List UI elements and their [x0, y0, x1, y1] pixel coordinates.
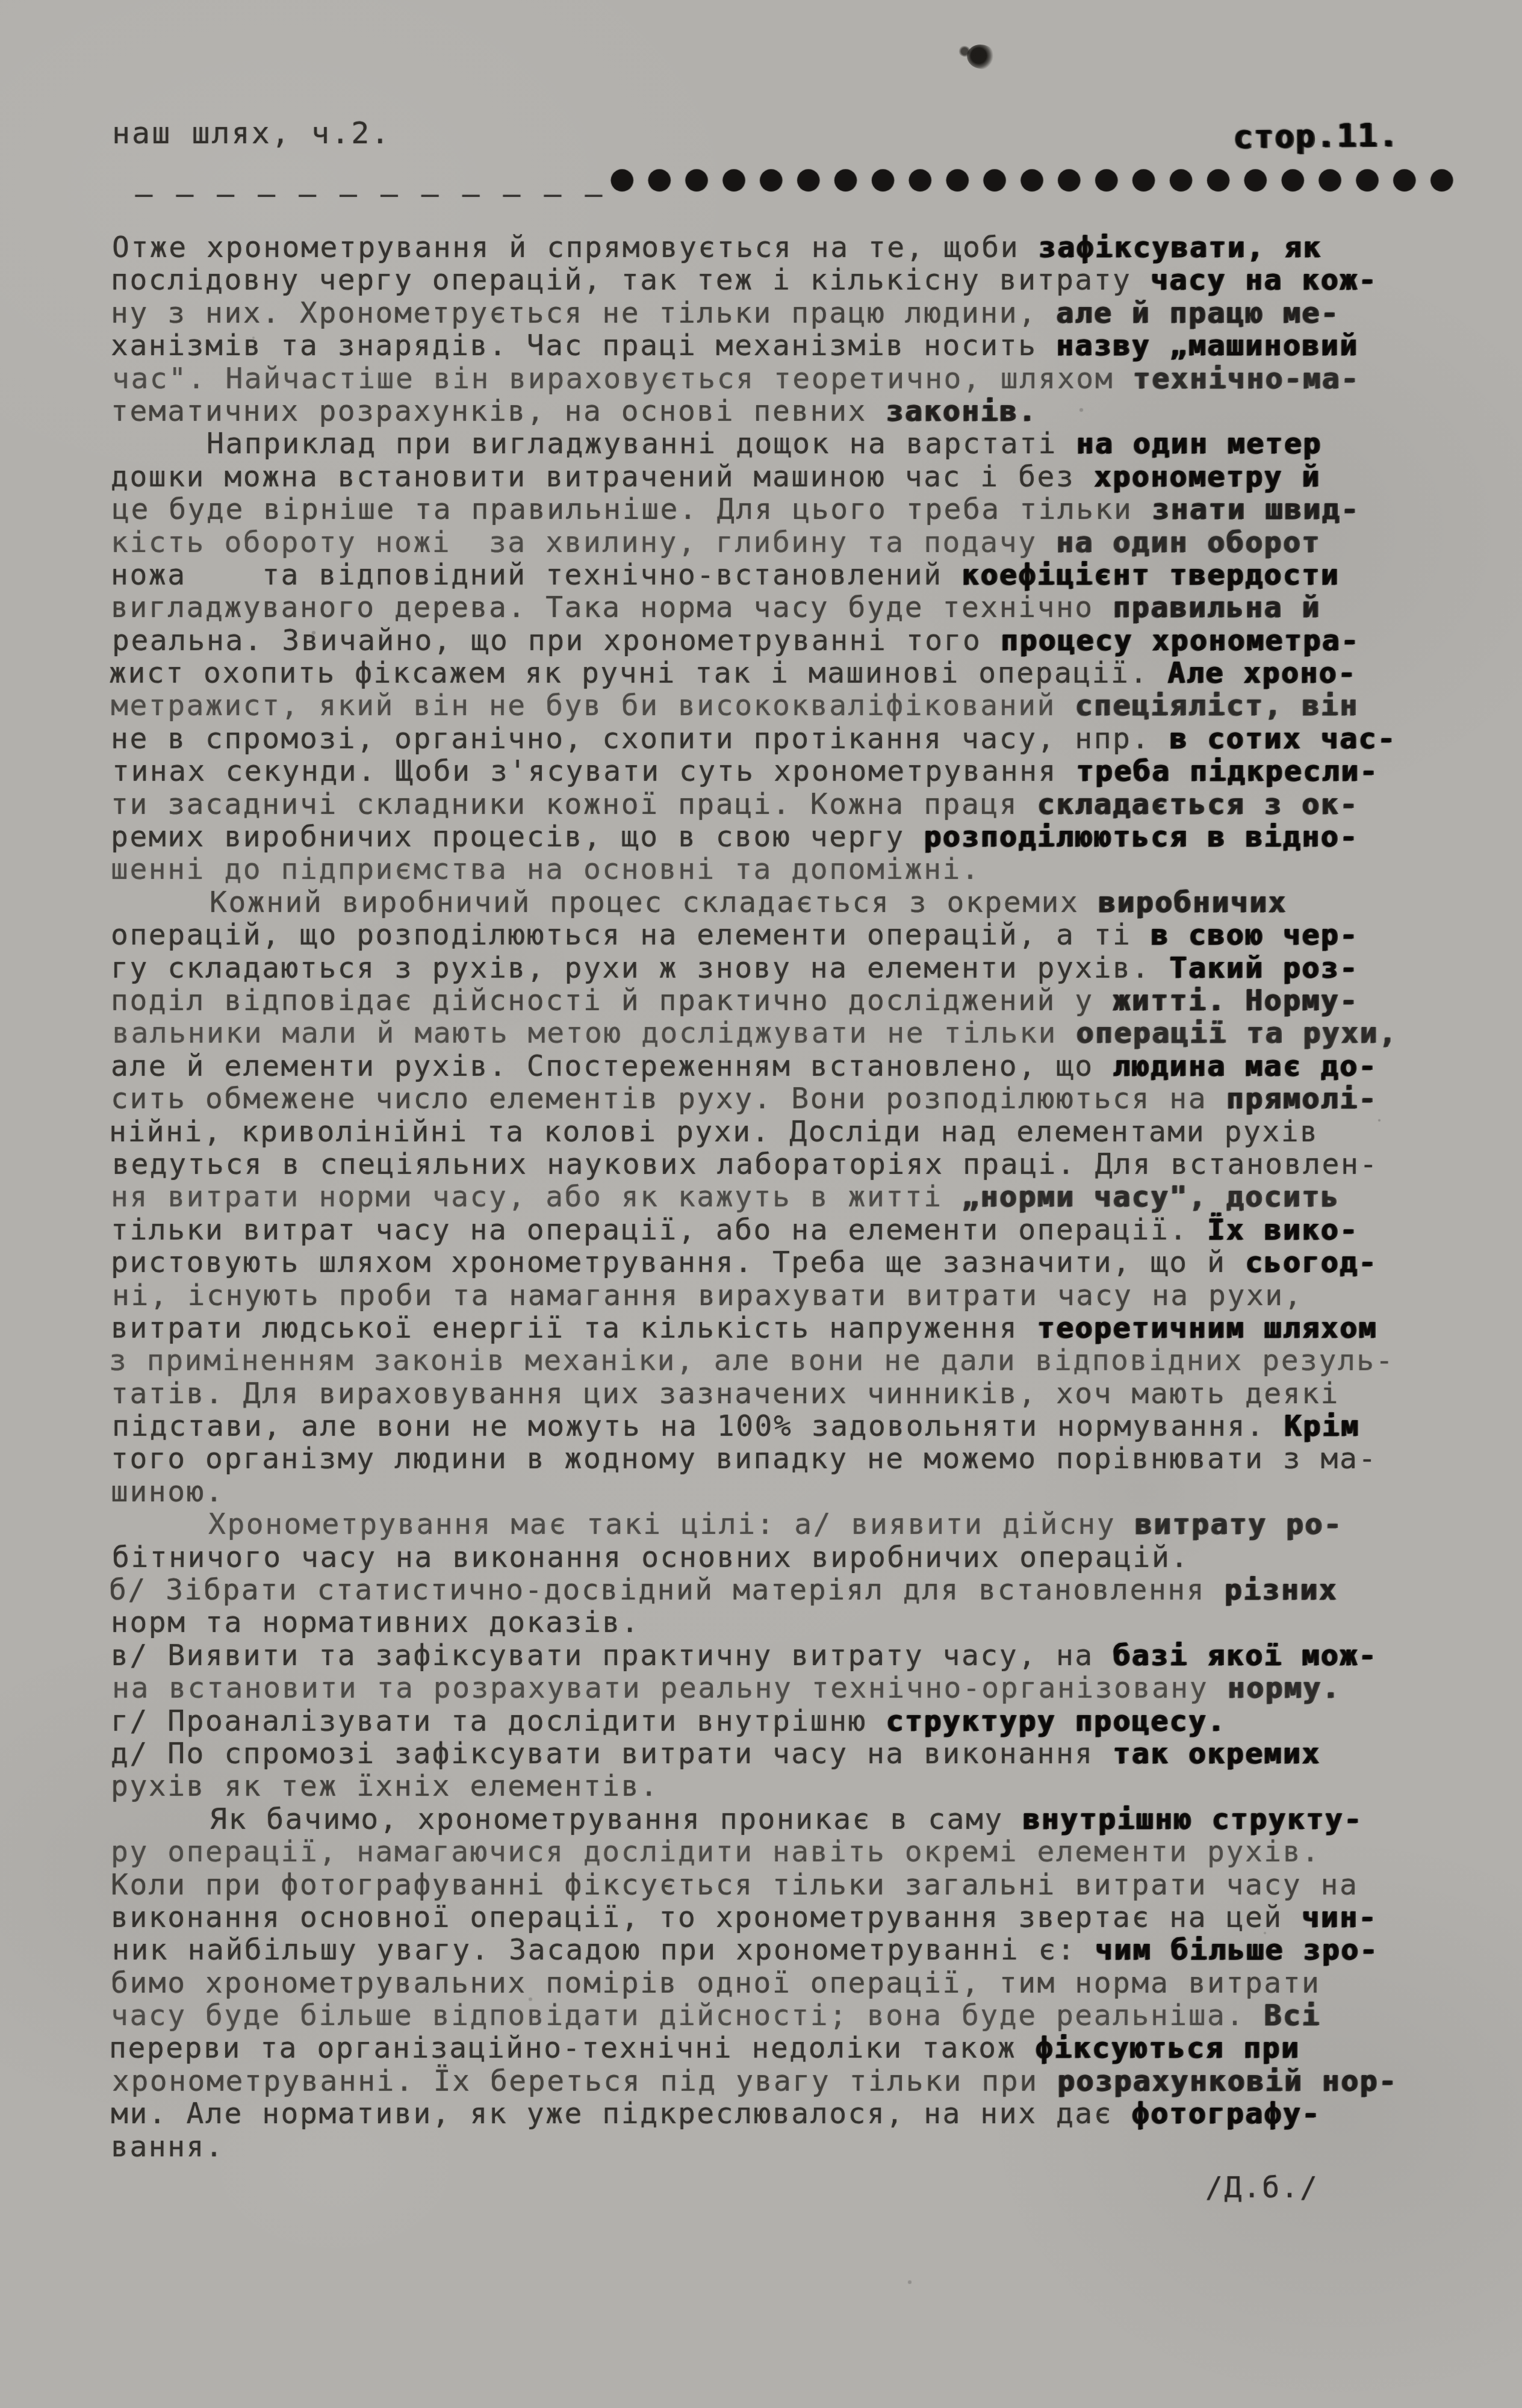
overstruck-text: Крім — [1284, 1409, 1360, 1443]
typed-text: норм та нормативних доказів. — [111, 1606, 640, 1639]
overstruck-text: розрахунковій нор- — [1057, 2064, 1397, 2098]
overstruck-text: фіксуються при — [1036, 2031, 1300, 2065]
text-line: Коли при фотографуванні фіксується тільк… — [111, 1869, 1423, 1901]
text-line: час". Найчастіше він вираховується теоре… — [112, 362, 1424, 395]
typed-text: ханізмів та знарядів. Час праці механізм… — [111, 329, 1056, 362]
overstruck-text: операції та рухи, — [1076, 1016, 1397, 1050]
overstruck-text: спеціяліст, він — [1075, 689, 1358, 722]
text-line: Як бачимо, хронометрування проникає в са… — [112, 1803, 1424, 1835]
typed-text: г/ Проаналізувати та дослідити внутрішню — [111, 1704, 886, 1738]
overstruck-text: сьогод- — [1245, 1246, 1378, 1279]
overstruck-text: внутрішню структу- — [1022, 1802, 1362, 1836]
overstruck-text: хронометру й — [1094, 460, 1321, 494]
overstruck-text: Але хроно- — [1167, 656, 1356, 690]
typed-text: ведуться в спеціяльних наукових лаборато… — [112, 1147, 1379, 1181]
typed-text: тематичних розрахунків, на основі певних — [111, 394, 886, 428]
text-line: це буде вірніше та правильніше. Для цьог… — [112, 493, 1424, 526]
typed-text: гу складаються з рухів, рухи ж знову на … — [111, 951, 1169, 985]
text-line: Отже хронометрування й спрямовується на … — [112, 231, 1424, 264]
overstruck-text: коефіцієнт твердости — [961, 558, 1340, 592]
text-line: бимо хронометрувальних помірів одної опе… — [111, 1967, 1423, 1999]
typed-text: з приміненням законів механіки, але вони… — [109, 1344, 1394, 1377]
text-line: перерви та організаційно-технічні недолі… — [109, 2032, 1421, 2064]
typed-text: на встановити та розрахувати реальну тех… — [112, 1671, 1228, 1705]
text-line: татів. Для вираховування цих зазначених … — [111, 1377, 1423, 1410]
dash-row: –––––––––––– — [135, 178, 626, 211]
typed-text: метражист, який він не був би висококвал… — [111, 689, 1075, 722]
text-line: вання. — [111, 2130, 1423, 2163]
typed-text: тільки витрат часу на операції, або на е… — [111, 1213, 1207, 1247]
overstruck-text: житті. Норму- — [1113, 984, 1358, 1017]
text-line: на встановити та розрахувати реальну тех… — [112, 1672, 1424, 1704]
typed-text: Отже хронометрування й спрямовується на … — [112, 231, 1039, 264]
typed-text: бітничого часу на виконання основних вир… — [112, 1541, 1190, 1574]
typed-text: витрати людської енергії та кількість на… — [111, 1311, 1037, 1345]
text-line: того організму людини в жодному випадку … — [111, 1442, 1423, 1475]
typed-text: хронометруванні. Їх береться під увагу т… — [112, 2064, 1057, 2098]
overstruck-text: структуру процесу. — [886, 1704, 1226, 1738]
typed-text: ти засадничі складники кожної праці. Кож… — [111, 787, 1037, 821]
typed-text: в/ Виявити та зафіксувати практичну витр… — [111, 1639, 1113, 1672]
text-line: витрати людської енергії та кількість на… — [111, 1312, 1423, 1344]
text-line: тинах секунди. Щоби з'ясувати суть хроно… — [112, 755, 1424, 787]
overstruck-text: назву „машиновий — [1056, 329, 1358, 362]
overstruck-text: теоретичним шляхом — [1037, 1311, 1378, 1345]
typed-text: вигладжуваного дерева. Така норма часу б… — [111, 591, 1113, 624]
typed-text: ми. Але нормативи, як уже підкреслювалос… — [111, 2097, 1132, 2130]
text-line: Хронометрування має такі цілі: а/ виявит… — [111, 1508, 1423, 1541]
typed-text: не в спромозі, органічно, схопити протік… — [111, 722, 1169, 756]
typed-text: Хронометрування має такі цілі: а/ виявит… — [208, 1507, 1135, 1541]
typed-text: ні, існують проби та намагання вирахуват… — [112, 1279, 1303, 1312]
overstruck-text: „норми часу", досить — [961, 1180, 1340, 1214]
overstruck-text: процесу хронометра- — [1001, 624, 1360, 657]
text-line: підстави, але вони не можуть на 100% зад… — [112, 1410, 1424, 1442]
overstruck-text: Всі — [1264, 1999, 1320, 2032]
text-line: ведуться в спеціяльних наукових лаборато… — [112, 1148, 1424, 1181]
continuation-mark: /Д.б./ — [1205, 2171, 1319, 2205]
overstruck-text: норму. — [1228, 1671, 1341, 1705]
text-line: тільки витрат часу на операції, або на е… — [111, 1214, 1423, 1246]
typed-text: Коли при фотографуванні фіксується тільк… — [111, 1868, 1358, 1902]
typed-text: шиною. — [111, 1475, 224, 1509]
typed-text: операцій, що розподілюються на елементи … — [111, 918, 1151, 952]
overstruck-text: складається з ок- — [1037, 787, 1359, 821]
text-line: Кожний виробничий процес складається з о… — [112, 886, 1424, 919]
typed-text: поділ відповідає дійсності й практично д… — [111, 984, 1113, 1017]
typed-text: але й елементи рухів. Спостереженням вст… — [111, 1049, 1113, 1083]
text-line: послідовну чергу операцій, так теж і кіл… — [111, 264, 1423, 296]
text-line: рухів як теж їхніх елементів. — [111, 1770, 1423, 1802]
text-line: шенні до підприємства на основні та допо… — [111, 853, 1423, 886]
typed-text: сить обмежене число елементів руху. Вони… — [111, 1082, 1226, 1116]
typed-text: вання. — [111, 2130, 224, 2164]
overstruck-text: на один метер — [1076, 427, 1322, 461]
typed-text: Як бачимо, хронометрування проникає в са… — [210, 1802, 1022, 1836]
typed-text: шенні до підприємства на основні та допо… — [111, 852, 980, 886]
typed-text: підстави, але вони не можуть на 100% зад… — [112, 1409, 1284, 1443]
typed-text: б/ Зібрати статистично-досвідний матерія… — [109, 1573, 1225, 1607]
typed-text: того організму людини в жодному випадку … — [111, 1442, 1378, 1476]
typed-text: дошки можна встановити витрачений машино… — [111, 460, 1094, 494]
page-number: стор.11. — [1233, 116, 1400, 156]
typed-text: бимо хронометрувальних помірів одної опе… — [111, 1966, 1321, 2000]
text-line: з приміненням законів механіки, але вони… — [109, 1344, 1421, 1377]
overstruck-text: часу на кож- — [1151, 263, 1378, 297]
typed-text: реальна. Звичайно, що при хронометруванн… — [112, 624, 1001, 657]
text-line: поділ відповідає дійсності й практично д… — [111, 984, 1423, 1017]
text-line: Наприклад при вигладжуванні дощок на вар… — [109, 427, 1421, 460]
typed-text: часу буде більше відповідати дійсності; … — [111, 1999, 1264, 2032]
text-line: тематичних розрахунків, на основі певних… — [111, 395, 1423, 427]
overstruck-text: Такий роз- — [1169, 951, 1358, 985]
typed-text: ремих виробничих процесів, що в свою чер… — [111, 820, 924, 854]
typed-text: тинах секунди. Щоби з'ясувати суть хроно… — [112, 754, 1076, 788]
overstruck-text: розподілюються в відно- — [924, 820, 1358, 854]
overstruck-text: на один оборот — [1056, 526, 1321, 559]
ink-blot — [964, 42, 996, 72]
overstruck-text: але й працю ме- — [1056, 296, 1340, 330]
text-line: сить обмежене число елементів руху. Вони… — [111, 1082, 1423, 1115]
overstruck-text: технічно-ма- — [1133, 362, 1360, 396]
text-line: бітничого часу на виконання основних вир… — [112, 1541, 1424, 1574]
overstruck-text: чим більше зро- — [1095, 1933, 1379, 1967]
text-line: ня витрати норми часу, або як кажуть в ж… — [111, 1181, 1423, 1213]
typed-text: нійні, криволінійні та колові рухи. Досл… — [109, 1115, 1319, 1149]
overstruck-text: Їх вико- — [1207, 1213, 1358, 1247]
text-line: ми. Але нормативи, як уже підкреслювалос… — [111, 2097, 1423, 2130]
text-line: реальна. Звичайно, що при хронометруванн… — [112, 624, 1424, 657]
text-line: операцій, що розподілюються на елементи … — [111, 919, 1423, 951]
text-line: шиною. — [111, 1476, 1423, 1508]
typed-text: послідовну чергу операцій, так теж і кіл… — [111, 263, 1151, 297]
overstruck-text: виробничих — [1098, 886, 1287, 919]
typed-text: ножа та відповідний технічно-встановлени… — [111, 558, 961, 592]
typed-text: ристовують шляхом хронометрування. Треба… — [111, 1246, 1245, 1279]
text-line: жист охопить фіксажем як ручні так і маш… — [109, 657, 1421, 689]
text-line: не в спромозі, органічно, схопити протік… — [111, 722, 1423, 755]
text-line: ножа та відповідний технічно-встановлени… — [111, 559, 1423, 591]
overstruck-text: базі якої мож- — [1113, 1639, 1378, 1672]
typed-text: перерви та організаційно-технічні недолі… — [109, 2031, 1036, 2065]
text-line: ти засадничі складники кожної праці. Кож… — [111, 788, 1423, 821]
scanned-document-page: наш шлях, ч.2. –––––––––––– ●●●●●●●●●●●●… — [0, 0, 1522, 2408]
text-line: ристовують шляхом хронометрування. Треба… — [111, 1246, 1423, 1279]
text-line: метражист, який він не був би висококвал… — [111, 689, 1423, 722]
overstruck-text: зафіксувати, як — [1039, 231, 1322, 264]
text-line: д/ По спромозі зафіксувати витрати часу … — [111, 1737, 1423, 1770]
body-text: Отже хронометрування й спрямовується на … — [111, 231, 1423, 2163]
typed-text: вальники мали й мають метою досліджувати… — [112, 1016, 1076, 1050]
overstruck-text: правильна й — [1113, 591, 1320, 624]
typed-text: ник найбільшу увагу. Засадою при хрономе… — [112, 1933, 1095, 1967]
typed-text: Кожний виробничий процес складається з о… — [210, 886, 1098, 919]
text-line: кість обороту ножі за хвилину, глибину т… — [111, 526, 1423, 559]
text-line: хронометруванні. Їх береться під увагу т… — [112, 2065, 1424, 2097]
text-line: в/ Виявити та зафіксувати практичну витр… — [111, 1639, 1423, 1672]
text-line: ханізмів та знарядів. Час праці механізм… — [111, 329, 1423, 362]
overstruck-text: в свою чер- — [1151, 918, 1358, 952]
text-line: виконання основної операції, то хрономет… — [111, 1901, 1423, 1934]
text-line: ні, існують проби та намагання вирахуват… — [112, 1279, 1424, 1312]
text-line: ремих виробничих процесів, що в свою чер… — [111, 821, 1423, 853]
overstruck-text: так окремих — [1113, 1737, 1320, 1770]
journal-title: наш шлях, ч.2. — [112, 116, 391, 150]
overstruck-text: треба підкресли- — [1076, 754, 1378, 788]
typed-text: татів. Для вираховування цих зазначених … — [111, 1377, 1340, 1410]
typed-text: ру операції, намагаючися дослідити навіт… — [111, 1835, 1321, 1869]
typed-text: ну з них. Хронометрується не тільки прац… — [111, 296, 1056, 330]
overstruck-text: чин- — [1302, 1901, 1378, 1934]
text-line: гу складаються з рухів, рухи ж знову на … — [111, 952, 1423, 984]
typed-text: д/ По спромозі зафіксувати витрати часу … — [111, 1737, 1113, 1770]
text-line: ник найбільшу увагу. Засадою при хрономе… — [112, 1934, 1424, 1966]
overstruck-text: законів. — [886, 394, 1037, 428]
text-line: але й елементи рухів. Спостереженням вст… — [111, 1050, 1423, 1082]
text-line: дошки можна встановити витрачений машино… — [111, 461, 1423, 493]
overstruck-text: прямолі- — [1226, 1082, 1378, 1116]
typed-text: Наприклад при вигладжуванні дощок на вар… — [207, 427, 1076, 461]
text-line: г/ Проаналізувати та дослідити внутрішню… — [111, 1705, 1423, 1737]
typed-text: жист охопить фіксажем як ручні так і маш… — [109, 656, 1167, 690]
text-line: нійні, криволінійні та колові рухи. Досл… — [109, 1116, 1421, 1148]
text-line: норм та нормативних доказів. — [111, 1606, 1423, 1639]
typed-text: виконання основної операції, то хрономет… — [111, 1901, 1302, 1934]
typed-text: час". Найчастіше він вираховується теоре… — [112, 362, 1133, 396]
typed-text: ня витрати норми часу, або як кажуть в ж… — [111, 1180, 961, 1214]
text-line: ну з них. Хронометрується не тільки прац… — [111, 297, 1423, 329]
text-line: вигладжуваного дерева. Така норма часу б… — [111, 591, 1423, 624]
typed-text: рухів як теж їхніх елементів. — [111, 1769, 659, 1803]
text-line: часу буде більше відповідати дійсності; … — [111, 1999, 1423, 2032]
header-divider-dashes: –––––––––––– — [112, 166, 626, 223]
overstruck-text: людина має до- — [1113, 1049, 1378, 1083]
typed-text: кість обороту ножі за хвилину, глибину т… — [111, 526, 1056, 559]
ink-specks — [0, 0, 1, 1]
text-line: б/ Зібрати статистично-досвідний матерія… — [109, 1574, 1421, 1606]
overstruck-text: в сотих час- — [1169, 722, 1396, 756]
overstruck-text: витрату ро- — [1135, 1507, 1343, 1541]
typed-text: це буде вірніше та правильніше. Для цьог… — [112, 492, 1152, 526]
text-line: ру операції, намагаючися дослідити навіт… — [111, 1835, 1423, 1868]
overstruck-text: різних — [1225, 1573, 1338, 1607]
text-line: вальники мали й мають метою досліджувати… — [112, 1017, 1424, 1049]
overstruck-text: фотографу- — [1132, 2097, 1321, 2130]
overstruck-text: знати швид- — [1152, 492, 1359, 526]
header-divider-dots: ●●●●●●●●●●●●●●●●●●●●●●● — [609, 161, 1466, 195]
